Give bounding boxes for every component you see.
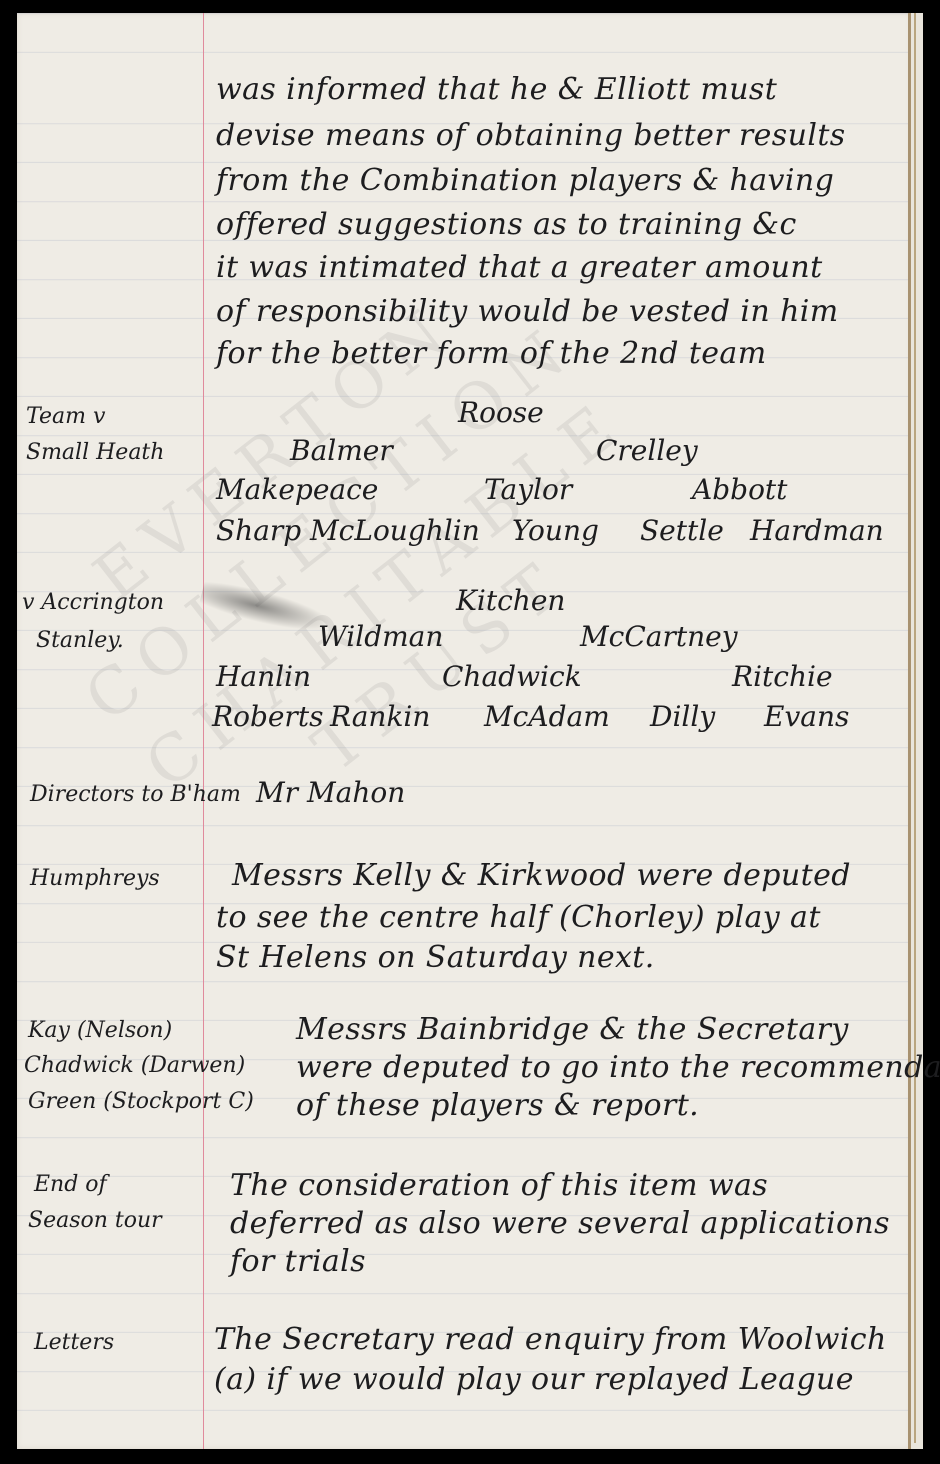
- entry-text: The consideration of this item was: [230, 1168, 768, 1203]
- player-name: Ritchie: [732, 660, 833, 693]
- page-edge-line: [914, 13, 916, 1443]
- player-name: Kitchen: [456, 584, 565, 617]
- margin-note: Letters: [34, 1330, 114, 1355]
- player-name: Chadwick: [442, 660, 582, 693]
- entry-text: were deputed to go into the recommendati…: [296, 1050, 940, 1085]
- entry-text: St Helens on Saturday next.: [216, 940, 655, 975]
- margin-note: Directors to B'ham: [30, 782, 241, 807]
- entry-text: for trials: [230, 1244, 366, 1279]
- player-name: Roose: [458, 396, 544, 429]
- margin-note: Green (Stockport C): [28, 1089, 254, 1114]
- entry-text: to see the centre half (Chorley) play at: [216, 900, 821, 935]
- margin-note: v Accrington: [22, 590, 164, 615]
- paragraph-line: of responsibility would be vested in him: [216, 294, 839, 329]
- entry-text: of these players & report.: [296, 1088, 699, 1123]
- margin-note: Chadwick (Darwen): [24, 1053, 245, 1078]
- paragraph-line: devise means of obtaining better results: [216, 118, 846, 153]
- player-name: Roberts: [212, 700, 323, 733]
- player-name: Hanlin: [216, 660, 311, 693]
- player-name: Evans: [764, 700, 849, 733]
- paragraph-line: from the Combination players & having: [216, 163, 834, 198]
- margin-rule: [203, 13, 204, 1449]
- entry-text: Messrs Kelly & Kirkwood were deputed: [232, 858, 851, 893]
- player-name: Sharp: [216, 514, 301, 547]
- page-edge-strip: [911, 13, 923, 1449]
- margin-note: End of: [34, 1172, 107, 1197]
- margin-note: Kay (Nelson): [28, 1018, 172, 1043]
- player-name: Wildman: [318, 620, 443, 653]
- margin-note: Season tour: [28, 1208, 162, 1233]
- player-name: Settle: [640, 514, 724, 547]
- entry-text: Messrs Bainbridge & the Secretary: [296, 1012, 849, 1047]
- player-name: McLoughlin: [310, 514, 480, 547]
- paragraph-line: offered suggestions as to training &c: [216, 207, 797, 242]
- player-name: Taylor: [484, 473, 572, 506]
- entry-text: The Secretary read enquiry from Woolwich: [214, 1322, 887, 1357]
- entry-text: (a) if we would play our replayed League: [214, 1362, 854, 1397]
- margin-note: Team v: [26, 404, 105, 429]
- margin-note: Stanley.: [36, 628, 124, 653]
- player-name: Makepeace: [216, 473, 378, 506]
- player-name: Dilly: [650, 700, 715, 733]
- entry-text: Mr Mahon: [256, 776, 405, 809]
- player-name: Young: [512, 514, 599, 547]
- player-name: McAdam: [484, 700, 610, 733]
- paragraph-line: was informed that he & Elliott must: [216, 72, 777, 107]
- player-name: Balmer: [290, 434, 393, 467]
- margin-note: Humphreys: [30, 866, 160, 891]
- player-name: McCartney: [580, 620, 738, 653]
- page-edge-line: [908, 13, 911, 1449]
- paragraph-line: it was intimated that a greater amount: [216, 250, 823, 285]
- player-name: Abbott: [692, 473, 787, 506]
- player-name: Crelley: [596, 434, 698, 467]
- entry-text: deferred as also were several applicatio…: [230, 1206, 890, 1241]
- paragraph-line: for the better form of the 2nd team: [216, 336, 767, 371]
- margin-note: Small Heath: [26, 440, 164, 465]
- player-name: Rankin: [330, 700, 430, 733]
- player-name: Hardman: [750, 514, 884, 547]
